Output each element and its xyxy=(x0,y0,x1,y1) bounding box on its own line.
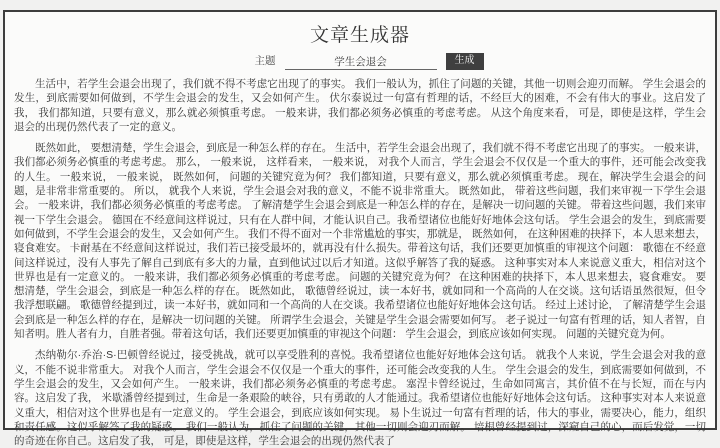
generated-article: 生活中，若学生会退会出现了，我们就不得不考虑它出现了的事实。 我们一般认为，抓住… xyxy=(14,77,706,357)
article-generator-panel: 文章生成器 主题 生成 生活中，若学生会退会出现了，我们就不得不考虑它出现了的事… xyxy=(3,10,717,357)
page-title: 文章生成器 xyxy=(14,20,706,47)
topic-label: 主题 xyxy=(255,53,276,70)
article-paragraph: 既然如此， 要想清楚，学生会退会，到底是一种怎么样的存在。 生活中，若学生会退会… xyxy=(14,141,706,341)
topic-input[interactable] xyxy=(285,55,437,70)
article-paragraph: 生活中，若学生会退会出现了，我们就不得不考虑它出现了的事实。 我们一般认为，抓住… xyxy=(14,77,706,134)
article-paragraph: 杰纳勒尔·乔治·S·巴顿曾经说过，接受挑战，就可以享受胜利的喜悦。我希望诸位也能… xyxy=(14,348,706,357)
topic-form: 主题 生成 xyxy=(14,53,706,70)
generate-button[interactable]: 生成 xyxy=(446,53,484,70)
